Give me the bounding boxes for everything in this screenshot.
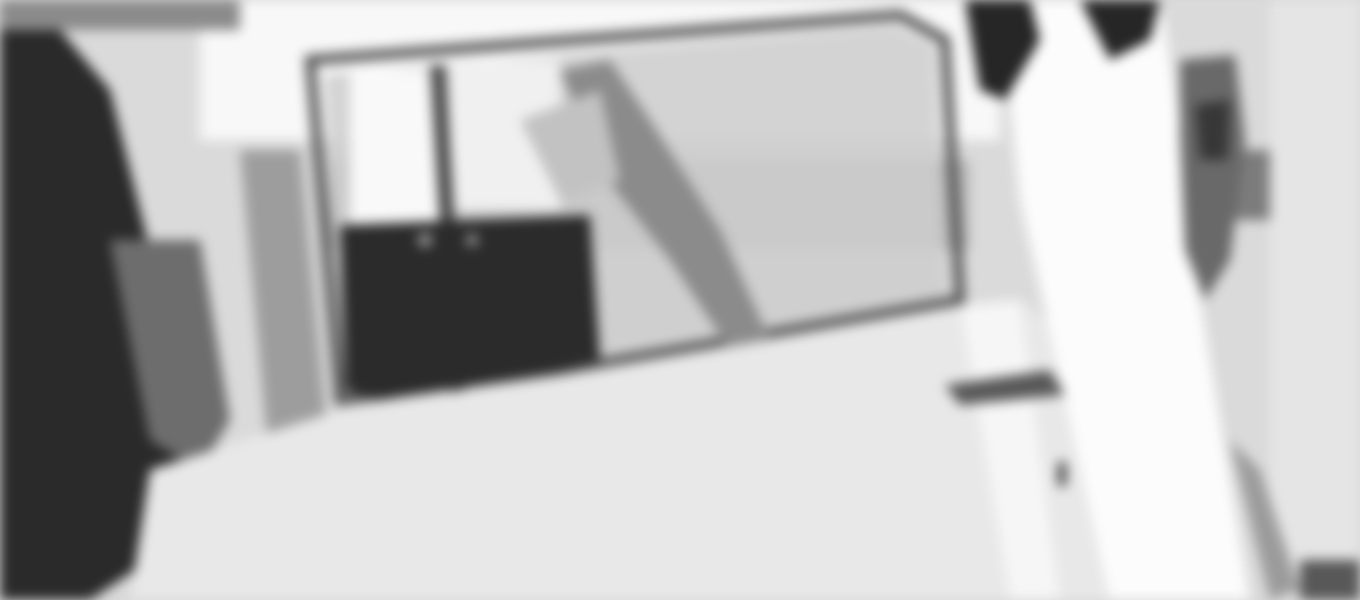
photograph: Vintage black-and-white photo of an open… [0, 0, 1360, 600]
person-arm-shadow [1195, 100, 1230, 160]
door-keyhole [1058, 462, 1066, 486]
background-vehicle-knob-2 [466, 234, 478, 246]
background-vehicle-knob [418, 233, 432, 247]
right-background [1270, 0, 1360, 600]
window-bright-patch [350, 70, 440, 230]
photo-scene [0, 0, 1360, 600]
bottom-right-shadow [1300, 560, 1360, 600]
roof-edge [0, 0, 240, 30]
